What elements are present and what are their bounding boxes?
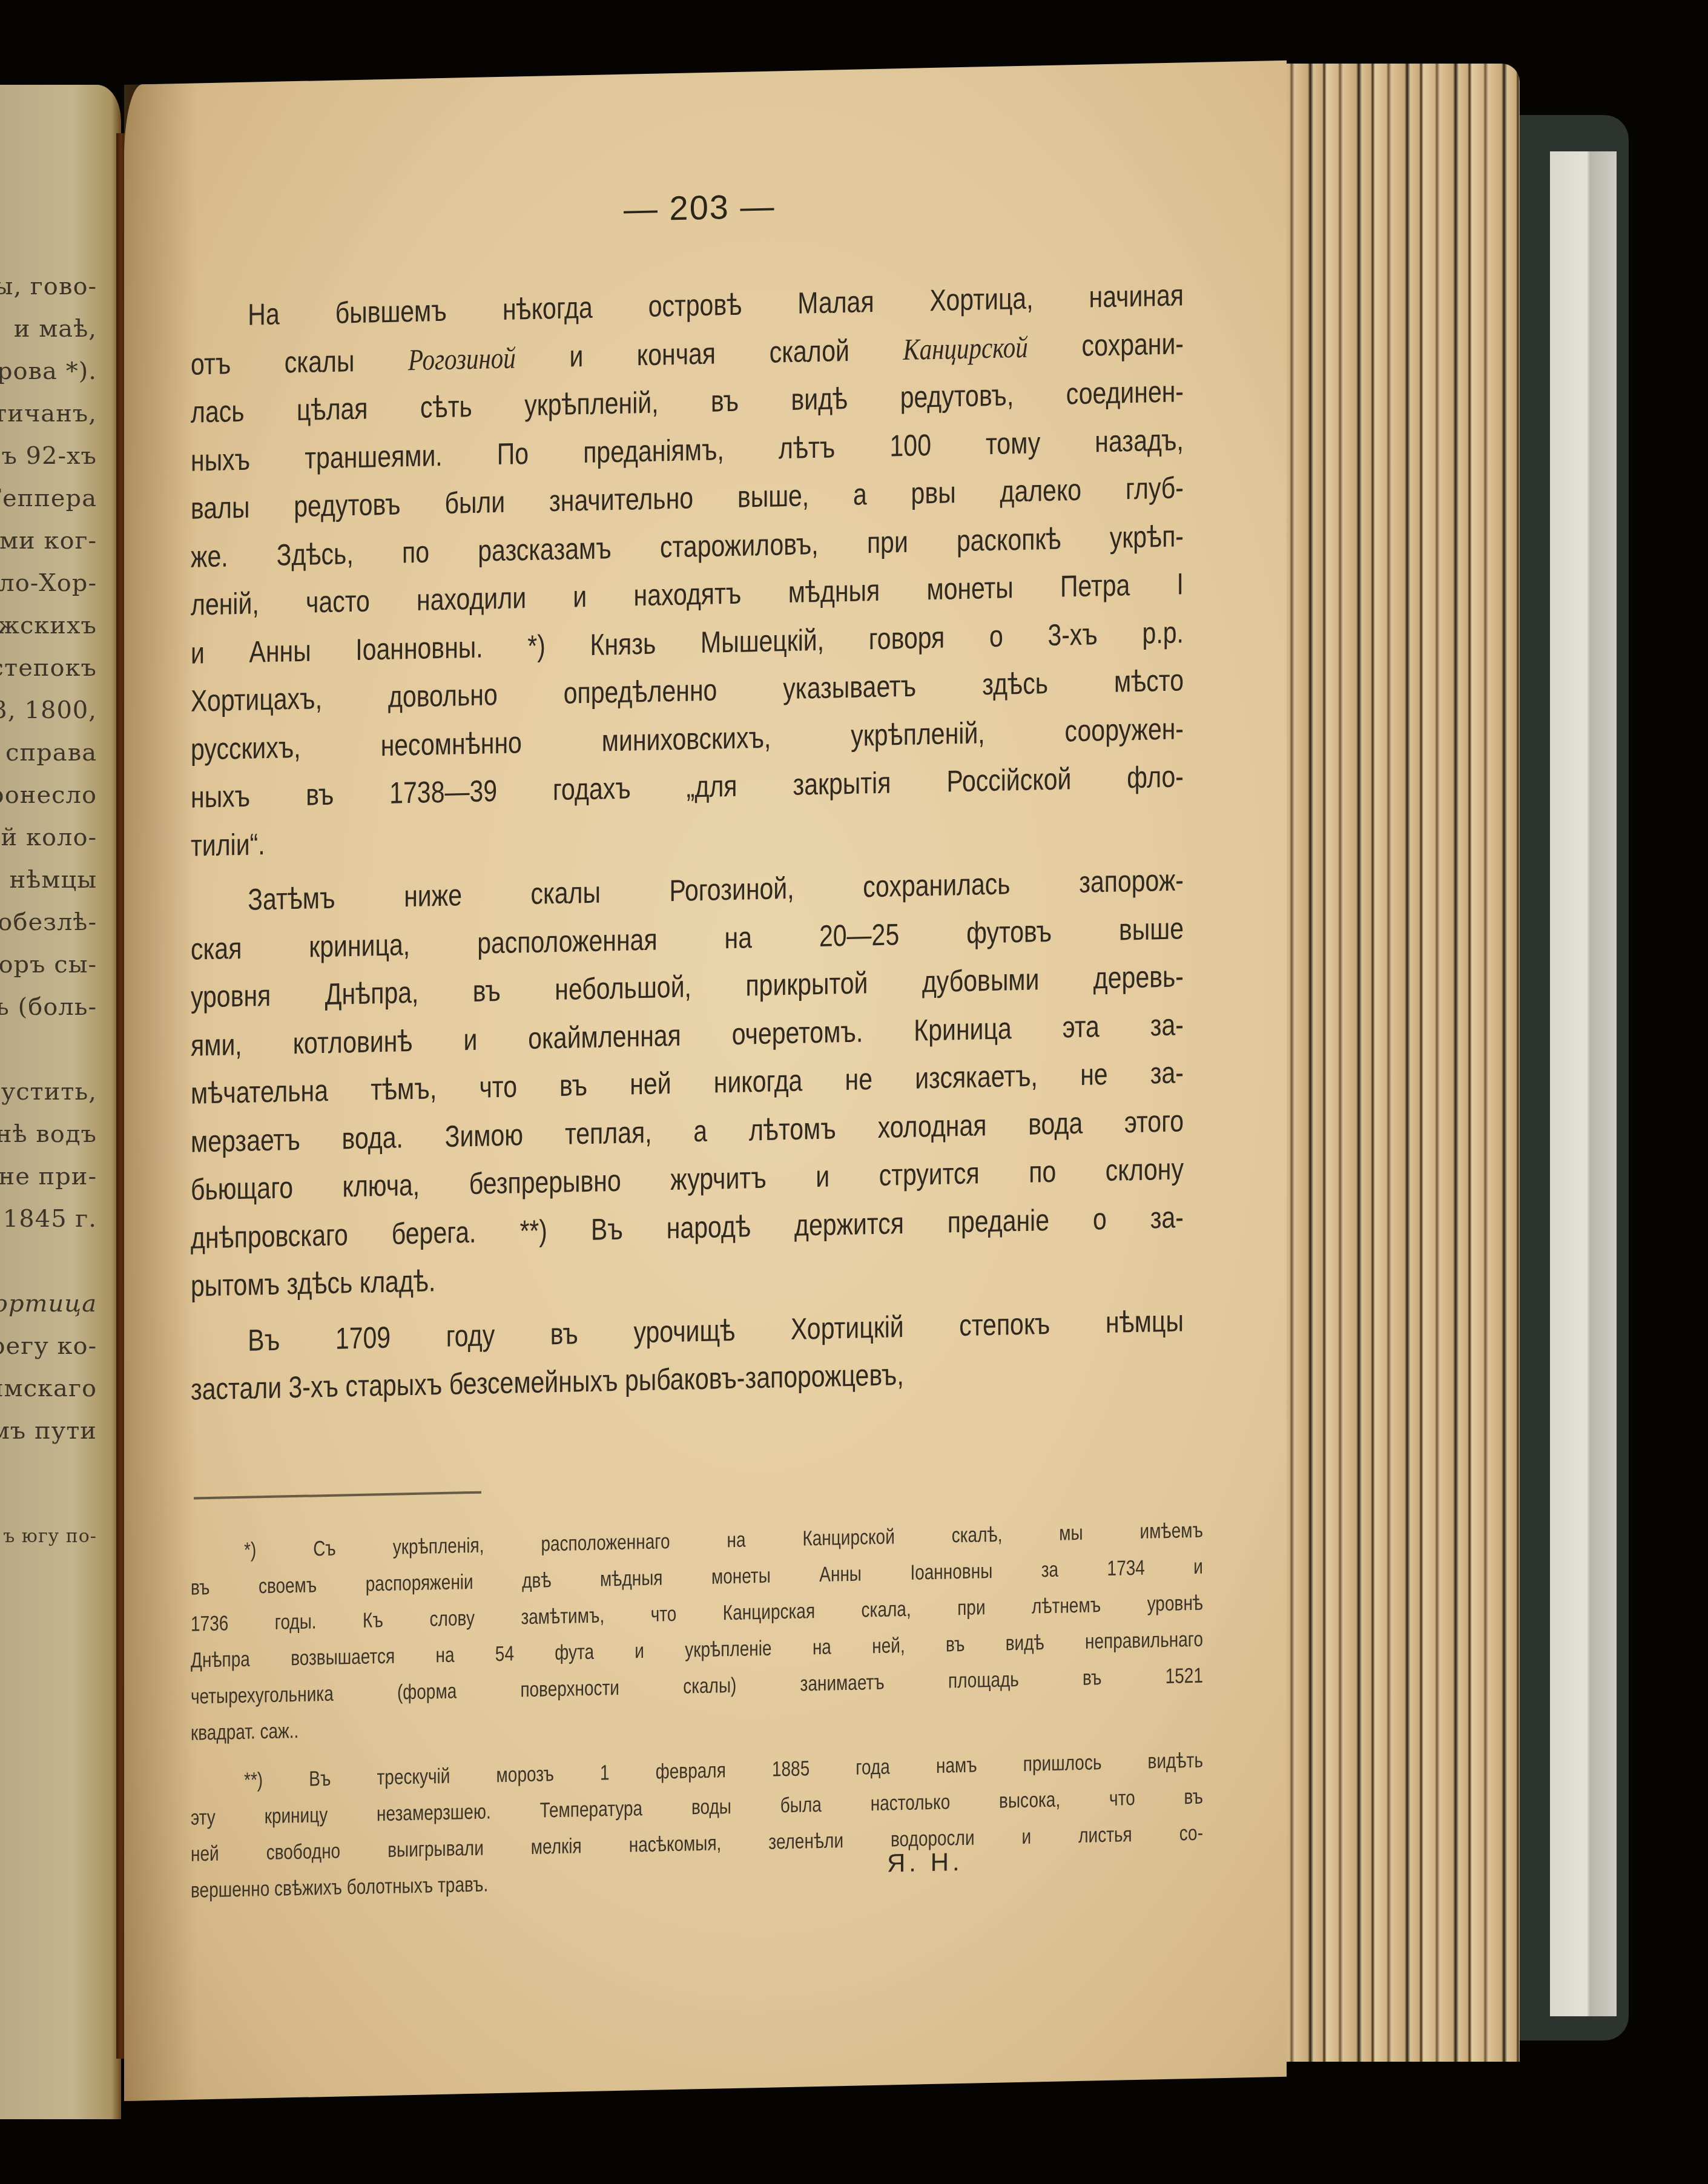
left-page-line: ь справа bbox=[0, 739, 97, 767]
left-page-line: имскаго bbox=[0, 1374, 97, 1402]
left-page-line: оръ сы- bbox=[0, 951, 97, 978]
left-page-line: 3, 1800, bbox=[0, 696, 97, 724]
left-page-line: ъ югу по- bbox=[3, 1526, 97, 1547]
left-page-line: ртичанъ, bbox=[0, 400, 97, 427]
left-page-line: ей коло- bbox=[0, 823, 97, 851]
left-page-line: и маѣ, bbox=[14, 315, 97, 343]
footnote-separator bbox=[194, 1491, 481, 1500]
book-board-edge bbox=[1550, 151, 1617, 2016]
left-page-line: ь нѣмцы bbox=[0, 866, 97, 894]
left-page-line: Хортица bbox=[0, 1290, 97, 1318]
page-number: — 203 — bbox=[624, 186, 776, 228]
left-page-line: ъ 92-хъ bbox=[1, 442, 97, 470]
main-text: На бывшемъ нѣкогда островѣ Малая Хортица… bbox=[191, 271, 1184, 1414]
left-page-fragment: ры, гово-и маѣ,строва *).ртичанъ,ъ 92-хъ… bbox=[0, 85, 121, 2119]
left-page-line: Геппера bbox=[0, 484, 97, 512]
left-page-line: мъ пути bbox=[0, 1417, 97, 1445]
left-page-line: строва *). bbox=[0, 357, 97, 385]
left-page-line: ры, гово- bbox=[0, 272, 97, 300]
left-page-line: нѣ водъ bbox=[0, 1120, 97, 1148]
right-page: — 203 — На бывшемъ нѣкогда островѣ Малая… bbox=[124, 61, 1287, 2101]
left-page-line: степокъ bbox=[0, 654, 97, 682]
left-page-line: 1845 г. bbox=[3, 1205, 97, 1233]
left-page-line: ало-Хор- bbox=[0, 569, 97, 597]
left-page-line: не при- bbox=[0, 1163, 97, 1190]
footnotes: *) Съ укрѣпленія, расположеннаго на Канц… bbox=[191, 1513, 1203, 1909]
left-page-line: ми ког- bbox=[0, 527, 97, 555]
left-page-line: обезлѣ- bbox=[0, 908, 97, 936]
left-page-line: ть (боль- bbox=[0, 993, 97, 1021]
page-stack bbox=[1265, 64, 1520, 2062]
left-page-line: пронесло bbox=[0, 781, 97, 809]
left-page-line: регу ко- bbox=[0, 1332, 97, 1360]
left-page-line: рожскихъ bbox=[0, 612, 97, 639]
left-page-line: пустить, bbox=[0, 1078, 97, 1106]
author-signature: Я. Н. bbox=[887, 1847, 963, 1878]
